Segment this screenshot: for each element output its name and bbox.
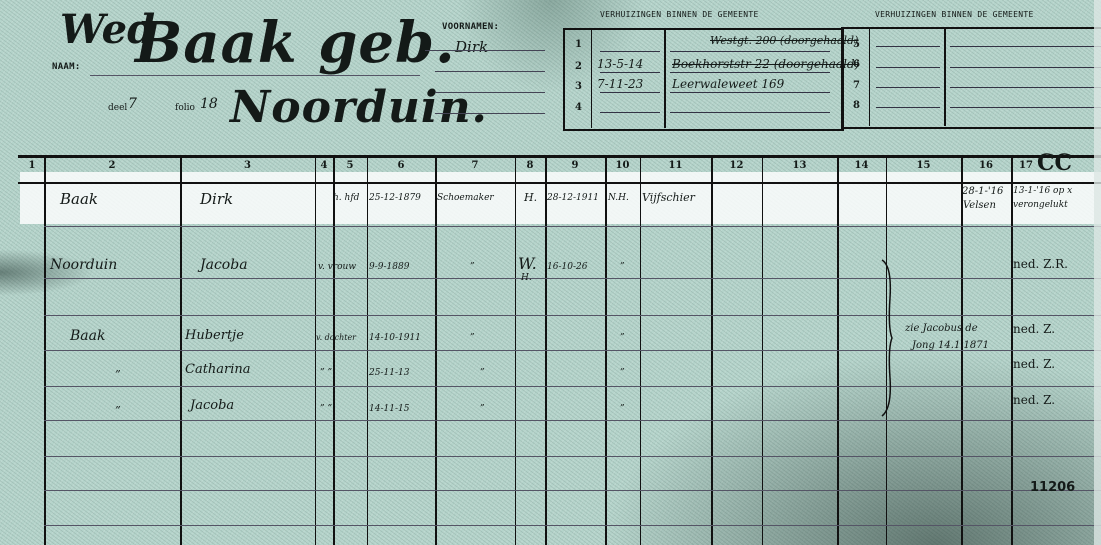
row2-nationality: ned. Z.R. xyxy=(1013,257,1068,271)
col-header-3: 3 xyxy=(180,160,315,171)
row2-surname: Noorduin xyxy=(50,257,117,273)
row2-firstname: Jacoba xyxy=(200,257,248,273)
row5-surname: ” xyxy=(115,404,121,417)
archive-stamp-number: 11206 xyxy=(1030,480,1075,495)
row1-date: 28-12-1911 xyxy=(547,193,599,203)
rule-2 xyxy=(44,278,1101,279)
moves-left-title: VERHUIZINGEN BINNEN DE GEMEENTE xyxy=(600,10,759,19)
row1-birthplace: Schoemaker xyxy=(437,193,494,203)
rule-7 xyxy=(44,456,1101,457)
row1-relation: h. hfd xyxy=(333,193,359,203)
col-header-5: 5 xyxy=(333,160,367,171)
col-line-9 xyxy=(605,158,607,545)
col-line-15 xyxy=(961,158,963,545)
name-underline xyxy=(90,75,420,76)
row1-occupation: Vijfschier xyxy=(642,191,695,204)
move-num-6: 6 xyxy=(853,59,860,70)
row4-surname: ” xyxy=(115,368,121,381)
move-address-2: Boekhorststr 22 (doorgehaald) xyxy=(672,57,859,71)
move-address-3: Leerwaleweet 169 xyxy=(672,77,784,91)
voornamen-value: Dirk xyxy=(455,38,488,56)
col-header-7: 7 xyxy=(435,160,515,171)
move-num-5: 5 xyxy=(853,39,860,50)
row4-firstname: Catharina xyxy=(185,362,251,377)
voornamen-label: VOORNAMEN: xyxy=(442,22,499,32)
moves-left-divider-1 xyxy=(591,30,592,128)
moves-right-title: VERHUIZINGEN BINNEN DE GEMEENTE xyxy=(875,10,1034,19)
row5-birthplace: ” xyxy=(480,404,485,414)
rule-8 xyxy=(44,490,1101,491)
col-line-5 xyxy=(367,158,368,545)
col-header-13: 13 xyxy=(762,160,837,171)
row3-relation: v. dochter xyxy=(316,333,356,342)
col-line-13 xyxy=(837,158,839,545)
moves-right-box xyxy=(841,27,1101,129)
rule-6 xyxy=(44,420,1101,421)
folio-value: 18 xyxy=(200,96,218,112)
col-header-6: 6 xyxy=(367,160,435,171)
row3-surname: Baak xyxy=(70,328,105,344)
move-num-7: 7 xyxy=(853,80,860,91)
row3-nationality: ned. Z. xyxy=(1013,322,1055,336)
move-num-8: 8 xyxy=(853,100,860,111)
move-line-1b xyxy=(670,51,830,52)
row3-firstname: Hubertje xyxy=(185,328,244,343)
move-num-4: 4 xyxy=(575,102,582,113)
col-line-4 xyxy=(333,158,335,545)
col-line-10 xyxy=(640,158,641,545)
rule-9 xyxy=(44,525,1101,526)
move-line-1a xyxy=(600,51,660,52)
row4-nationality: ned. Z. xyxy=(1013,357,1055,371)
col-header-10: 10 xyxy=(605,160,640,171)
scan-edge xyxy=(1094,0,1101,545)
voornamen-line-3 xyxy=(435,92,545,93)
row4-birthplace: ” xyxy=(480,368,485,378)
corner-mark: CC xyxy=(1037,150,1072,176)
move-line-6b xyxy=(950,67,1101,68)
row1-surname: Baak xyxy=(60,190,98,208)
move-line-5b xyxy=(950,46,1101,47)
col-line-3 xyxy=(315,158,316,545)
rule-3 xyxy=(44,315,1101,316)
col-header-15: 15 xyxy=(886,160,961,171)
col-line-11 xyxy=(711,158,713,545)
col-header-4: 4 xyxy=(315,160,333,171)
row5-firstname: Jacoba xyxy=(190,398,234,413)
row2-date: 16-10-26 xyxy=(547,262,587,272)
col-line-16 xyxy=(1011,158,1013,545)
row3-birthdate: 14-10-1911 xyxy=(369,333,421,343)
move-num-2: 2 xyxy=(575,61,582,72)
voornamen-line-1 xyxy=(425,50,545,51)
col15-note-line2: Jong 14.1.1871 xyxy=(912,340,989,351)
row2-birthplace: ” xyxy=(470,262,475,272)
row4-church: ” xyxy=(620,368,625,378)
col-header-8: 8 xyxy=(515,160,545,171)
row1-church: N.H. xyxy=(608,193,629,203)
row1-firstname: Dirk xyxy=(200,190,233,208)
move-line-2b xyxy=(670,72,830,73)
col-line-1 xyxy=(44,158,46,545)
maiden-name-heading: Noorduin. xyxy=(230,82,488,133)
move-line-6a xyxy=(876,67,940,68)
deel-value: 7 xyxy=(128,96,137,112)
move-line-3b xyxy=(670,92,830,93)
move-line-8a xyxy=(876,107,940,108)
col-header-16: 16 xyxy=(961,160,1011,171)
registration-card: NAAM: Wed Baak geb. deel 7 folio 18 Noor… xyxy=(0,0,1101,545)
move-num-1: 1 xyxy=(575,39,582,50)
move-line-4a xyxy=(600,112,660,113)
move-date-3: 7-11-23 xyxy=(597,77,643,91)
move-line-5a xyxy=(876,46,940,47)
row4-relation: ” ” xyxy=(320,368,332,378)
move-date-2: 13-5-14 xyxy=(597,57,643,71)
col15-note-line1: zie Jacobus de xyxy=(905,323,978,334)
row1-remark: 13-1-'16 op x xyxy=(1013,186,1072,196)
col-header-11: 11 xyxy=(640,160,711,171)
row5-relation: ” ” xyxy=(320,404,332,414)
col-line-6 xyxy=(435,158,437,545)
col-line-7 xyxy=(515,158,516,545)
col-header-2: 2 xyxy=(44,160,180,171)
col-line-2 xyxy=(180,158,182,545)
row2-birthdate: 9-9-1889 xyxy=(369,262,409,272)
row1-remark-2: verongelukt xyxy=(1013,200,1068,210)
col-line-12 xyxy=(762,158,763,545)
col-header-1: 1 xyxy=(22,160,42,171)
col-header-12: 12 xyxy=(711,160,762,171)
voornamen-line-4 xyxy=(435,113,545,114)
naam-label: NAAM: xyxy=(52,62,81,72)
row5-church: ” xyxy=(620,404,625,414)
brace-icon xyxy=(878,258,898,418)
move-line-2a xyxy=(600,72,660,73)
row2-religion-mark: W. xyxy=(518,254,537,273)
voornamen-line-2 xyxy=(435,71,545,72)
move-line-3a xyxy=(600,92,660,93)
row3-birthplace: ” xyxy=(470,333,475,343)
rule-1 xyxy=(44,226,1101,227)
move-address-1: Westgt. 200 (doorgehaald) xyxy=(710,34,858,47)
folio-label: folio xyxy=(175,103,195,113)
move-line-7a xyxy=(876,87,940,88)
row2-relation: v. vrouw xyxy=(318,262,356,272)
row1-departure-place: Velsen xyxy=(963,200,996,211)
moves-left-divider-2 xyxy=(664,30,666,128)
rule-5 xyxy=(44,386,1101,387)
row2-religion-mark-2: H. xyxy=(521,273,532,283)
col-header-9: 9 xyxy=(545,160,605,171)
move-line-4b xyxy=(670,112,830,113)
col-header-14: 14 xyxy=(837,160,886,171)
deel-label: deel xyxy=(108,103,127,113)
col-line-8 xyxy=(545,158,547,545)
row4-birthdate: 25-11-13 xyxy=(369,368,409,378)
row5-nationality: ned. Z. xyxy=(1013,393,1055,407)
move-line-7b xyxy=(950,87,1101,88)
moves-right-divider-2 xyxy=(944,29,946,126)
row3-church: ” xyxy=(620,333,625,343)
move-num-3: 3 xyxy=(575,81,582,92)
moves-right-divider-1 xyxy=(869,29,870,126)
row1-departure-date: 28-1-'16 xyxy=(962,186,1003,197)
row2-church: ” xyxy=(620,262,625,272)
move-line-8b xyxy=(950,107,1101,108)
surname-heading: Baak geb. xyxy=(135,10,456,76)
row1-religion-mark: H. xyxy=(524,191,537,204)
row1-birthdate: 25-12-1879 xyxy=(369,193,421,203)
row5-birthdate: 14-11-15 xyxy=(369,404,409,414)
